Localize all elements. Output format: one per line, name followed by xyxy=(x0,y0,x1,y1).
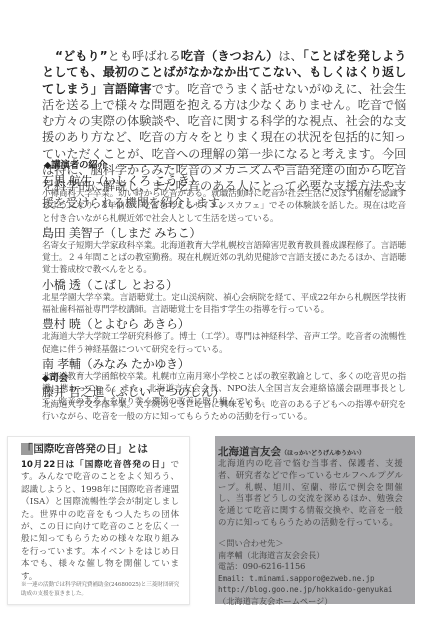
intro-dumori-term: “どもり” xyxy=(55,49,107,63)
contact-heading: ＜問い合わせ先＞ xyxy=(218,538,413,550)
group-description: 北海道内の吃音で悩む当事者、保護者、支援者、研究者などで作っているセルフヘルプグ… xyxy=(218,458,403,529)
heading-divider xyxy=(119,164,397,165)
title-text: 国際吃音啓発の日」とは xyxy=(33,443,147,455)
speaker-name: 豊村 暁（とよむら あきら） xyxy=(42,317,406,331)
mc-section: ◆司会 藤井 哲之進（ふじい てつのしん） 北海道大学文学部卒業。大学院のときに… xyxy=(42,373,406,425)
speaker-bio: 北海道大学大学院工学研究科修了。博士（工学）。専門は神経科学、音声工学。吃音者の… xyxy=(42,331,406,356)
contact-person: 南孝輔（北海道言友会会長） xyxy=(218,550,413,562)
speaker-shimada: 島田 美智子（しまだ みちこ） 名寄女子短期大学家政科卒業。北海道教育大学札幌校… xyxy=(42,226,406,277)
mc-bio: 北海道大学文学部卒業。大学院のときに吃音に興味をもち、吃音のある子どもへの指導や… xyxy=(42,399,406,424)
speaker-bio: 名寄女子短期大学家政科卒業。北海道教育大学札幌校言語障害児教育教員養成課程修了。… xyxy=(42,240,406,277)
speaker-bio: 小樽商科大学卒業。幼い時から吃音がある。就職活動時に吃音が社会生活に及ぼす困難を… xyxy=(42,188,406,225)
speaker-name: 南 孝輔（みなみ たかゆき） xyxy=(42,357,406,371)
contact-phone: 電話：090-6216-1156 xyxy=(218,561,413,573)
flyer-page: “どもり”とも呼ばれる吃音（きつおん）は、「ことばを発しようとしても、最初のこと… xyxy=(0,0,446,640)
funding-note: ※一連の活動では科学研究費補助金(24680025)と三菱財団研究助成の支援を頂… xyxy=(21,581,181,598)
speaker-toyomura: 豊村 暁（とよむら あきら） 北海道大学大学院工学研究科修了。博士（工学）。専門… xyxy=(42,317,406,356)
awareness-date: 10月22日は「国際吃音啓発の日」 xyxy=(21,460,171,470)
awareness-day-title: 「国際吃音啓発の日」とは xyxy=(21,441,148,456)
intro-text: は、 xyxy=(278,49,302,63)
speaker-name: 島田 美智子（しまだ みちこ） xyxy=(42,226,406,240)
group-name-reading: （ほっかいどうげんゆうかい） xyxy=(281,450,365,457)
speakers-heading-label: ◆講演者の紹介 xyxy=(44,157,107,171)
group-title: 北海道言友会（ほっかいどうげんゆうかい） xyxy=(218,440,365,459)
group-name: 北海道言友会 xyxy=(218,446,281,458)
mc-name: 藤井 哲之進（ふじい てつのしん） xyxy=(42,385,406,399)
speaker-kobashi: 小橋 透（こばし とおる） 北星学園大学卒業。言語聴覚士。定山渓病院、禎心会病院… xyxy=(42,278,406,317)
awareness-text: です。みんなで吃音のことをよく知ろう、認識しようと、1998年に国際吃音者連盟（… xyxy=(21,460,179,582)
awareness-day-box: 「国際吃音啓発の日」とは 10月22日は「国際吃音啓発の日」です。みんなで吃音の… xyxy=(7,436,190,605)
title-highlight: 「 xyxy=(21,443,33,455)
group-info-box: 北海道言友会（ほっかいどうげんゆうかい） 北海道内の吃音で悩む当事者、保護者、支… xyxy=(215,436,415,604)
contact-info: ＜問い合わせ先＞ 南孝輔（北海道言友会会長） 電話：090-6216-1156 … xyxy=(218,538,413,608)
mc-heading: ◆司会 xyxy=(42,373,406,385)
intro-kitsuon-term: 吃音（きつおん） xyxy=(181,49,279,63)
speaker-bio: 北星学園大学卒業。言語聴覚士。定山渓病院、禎心会病院を経て、平成22年から札幌医… xyxy=(42,292,406,317)
contact-email[interactable]: Email: t.minami.sapporo@ezweb.ne.jp xyxy=(218,573,413,585)
speaker-ishiguro: 石黒 航生（いしくろ こうき） 小樽商科大学卒業。幼い時から吃音がある。就職活動… xyxy=(42,174,406,225)
awareness-day-body: 10月22日は「国際吃音啓発の日」です。みんなで吃音のことをよく知ろう、認識しよ… xyxy=(21,459,179,583)
intro-text: とも呼ばれる xyxy=(107,49,181,63)
contact-url[interactable]: http://blog.goo.ne.jp/hokkaido-genyukai xyxy=(218,584,413,596)
speakers-heading: ◆講演者の紹介 xyxy=(44,157,397,171)
contact-url-label: （北海道言友会ホームページ） xyxy=(218,596,413,608)
speaker-name: 小橋 透（こばし とおる） xyxy=(42,278,406,292)
speaker-name: 石黒 航生（いしくろ こうき） xyxy=(42,174,406,188)
